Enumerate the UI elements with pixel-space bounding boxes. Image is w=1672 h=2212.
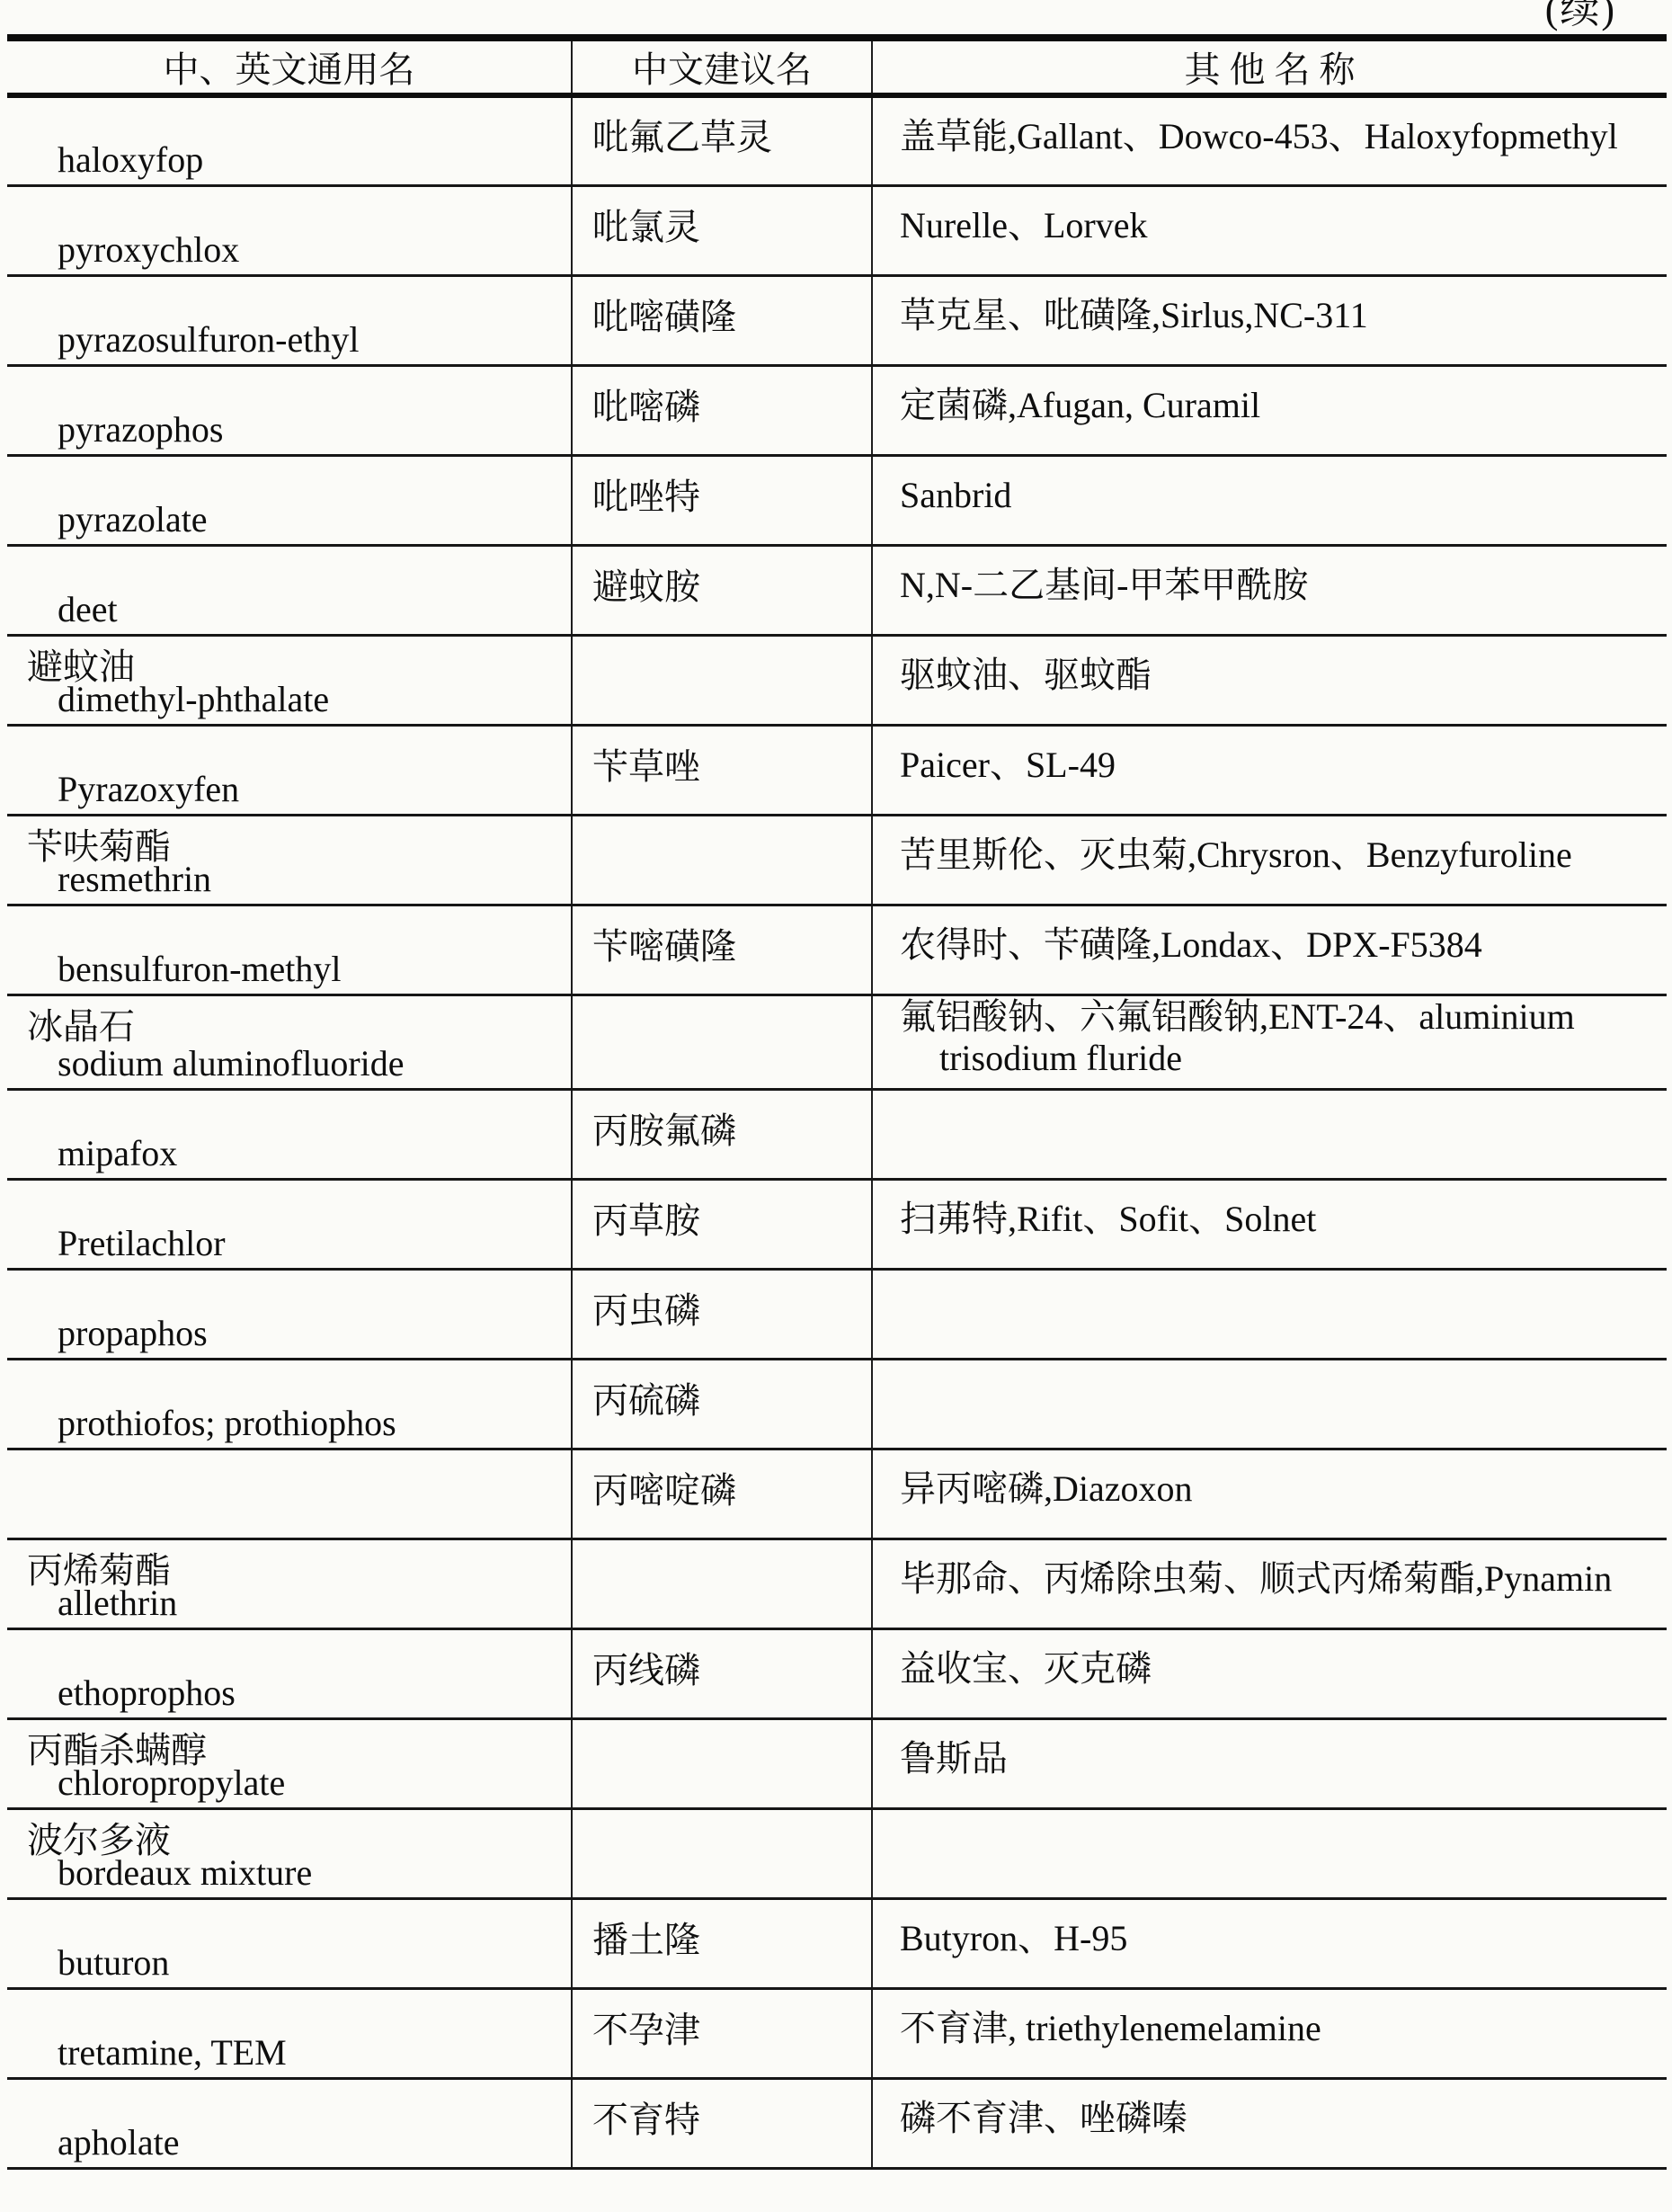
cell-suggested-name: 不孕津 — [572, 1988, 872, 2078]
other-names-line1: 不育津, triethylenemelamine — [900, 2008, 1321, 2048]
common-name-english: apholate — [58, 2121, 180, 2163]
common-name-english: haloxyfop — [58, 138, 203, 181]
col-header-suggested-name: 中文建议名 — [572, 38, 872, 95]
common-name-english: deet — [58, 588, 118, 630]
cell-suggested-name — [572, 1718, 872, 1808]
cell-other-names: 定菌磷,Afugan, Curamil — [872, 365, 1667, 455]
continued-marker: (续) — [1545, 0, 1616, 34]
cell-other-names: 草克星、吡磺隆,Sirlus,NC-311 — [872, 275, 1667, 365]
other-names-line1: 异丙嘧磷,Diazoxon — [900, 1468, 1193, 1509]
col-header-common-name: 中、英文通用名 — [7, 38, 572, 95]
cell-other-names — [872, 1269, 1667, 1359]
table-row: pyroxychlox 吡氯灵 Nurelle、Lorvek — [7, 185, 1667, 275]
table-row: 丙酯杀螨醇 chloropropylate 鲁斯品 — [7, 1718, 1667, 1808]
common-name-english: dimethyl-phthalate — [58, 678, 329, 720]
cell-common-name: 丙烯菊酯 allethrin — [7, 1539, 572, 1628]
col-header-other-names: 其 他 名 称 — [872, 38, 1667, 95]
other-names-line2: trisodium fluride — [900, 1038, 1667, 1079]
cell-suggested-name: 避蚊胺 — [572, 545, 872, 635]
cell-common-name: propaphos — [7, 1269, 572, 1359]
table-row: 苄呋菊酯 resmethrin 苦里斯伦、灭虫菊,Chrysron、Benzyf… — [7, 815, 1667, 905]
cell-other-names: 不育津, triethylenemelamine — [872, 1988, 1667, 2078]
cell-common-name: Pretilachlor — [7, 1179, 572, 1269]
cell-suggested-name: 吡嘧磺隆 — [572, 275, 872, 365]
table-row: 丙嘧啶磷 异丙嘧磷,Diazoxon — [7, 1449, 1667, 1539]
common-name-english: sodium aluminofluoride — [58, 1042, 405, 1084]
cell-common-name: pyrazophos — [7, 365, 572, 455]
cell-suggested-name: 丙硫磷 — [572, 1359, 872, 1449]
common-name-english: tretamine, TEM — [58, 2031, 287, 2074]
common-name-english: bensulfuron-methyl — [58, 948, 342, 990]
cell-common-name: deet — [7, 545, 572, 635]
other-names-line1: 毕那命、丙烯除虫菊、顺式丙烯菊酯,Pynamin — [900, 1558, 1612, 1599]
common-name-english: Pyrazoxyfen — [58, 768, 239, 810]
common-name-english: pyrazosulfuron-ethyl — [58, 318, 359, 361]
cell-common-name: 波尔多液 bordeaux mixture — [7, 1808, 572, 1898]
common-name-english: pyrazophos — [58, 408, 223, 450]
cell-other-names — [872, 1359, 1667, 1449]
table-row: 避蚊油 dimethyl-phthalate 驱蚊油、驱蚊酯 — [7, 635, 1667, 725]
other-names-line1: 磷不育津、唑磷嗪 — [900, 2098, 1187, 2138]
cell-common-name: 苄呋菊酯 resmethrin — [7, 815, 572, 905]
cell-other-names: Butyron、H-95 — [872, 1898, 1667, 1988]
cell-suggested-name — [572, 995, 872, 1089]
cell-suggested-name: 苄草唑 — [572, 725, 872, 815]
cell-suggested-name: 丙线磷 — [572, 1628, 872, 1718]
common-name-english: pyrazolate — [58, 498, 208, 540]
table-row: mipafox 丙胺氟磷 — [7, 1089, 1667, 1179]
table-row: 冰晶石 sodium aluminofluoride 氟铝酸钠、六氟铝酸钠,EN… — [7, 995, 1667, 1089]
common-name-english: prothiofos; prothiophos — [58, 1402, 396, 1444]
cell-suggested-name — [572, 635, 872, 725]
cell-other-names: 驱蚊油、驱蚊酯 — [872, 635, 1667, 725]
cell-other-names: Nurelle、Lorvek — [872, 185, 1667, 275]
table-body: haloxyfop 吡氟乙草灵 盖草能,Gallant、Dowco-453、Ha… — [7, 95, 1667, 2168]
other-names-line1: 扫茀特,Rifit、Sofit、Solnet — [900, 1199, 1316, 1239]
table-row: pyrazosulfuron-ethyl 吡嘧磺隆 草克星、吡磺隆,Sirlus… — [7, 275, 1667, 365]
table-row: Pyrazoxyfen 苄草唑 Paicer、SL-49 — [7, 725, 1667, 815]
cell-common-name: mipafox — [7, 1089, 572, 1179]
cell-suggested-name: 丙嘧啶磷 — [572, 1449, 872, 1539]
cell-common-name: 丙酯杀螨醇 chloropropylate — [7, 1718, 572, 1808]
cell-common-name: apholate — [7, 2078, 572, 2168]
cell-suggested-name: 吡唑特 — [572, 455, 872, 545]
cell-common-name: tretamine, TEM — [7, 1988, 572, 2078]
cell-suggested-name: 丙胺氟磷 — [572, 1089, 872, 1179]
table-row: apholate 不育特 磷不育津、唑磷嗪 — [7, 2078, 1667, 2168]
cell-other-names: 异丙嘧磷,Diazoxon — [872, 1449, 1667, 1539]
cell-other-names — [872, 1089, 1667, 1179]
other-names-line1: 苦里斯伦、灭虫菊,Chrysron、Benzyfuroline — [900, 834, 1572, 875]
other-names-line1: Paicer、SL-49 — [900, 745, 1116, 785]
common-name-english: allethrin — [58, 1582, 177, 1624]
common-name-english: pyroxychlox — [58, 228, 239, 271]
other-names-line1: 盖草能,Gallant、Dowco-453、Haloxyfopmethyl — [900, 116, 1618, 156]
cell-suggested-name: 丙草胺 — [572, 1179, 872, 1269]
cell-suggested-name — [572, 815, 872, 905]
table-row: 丙烯菊酯 allethrin 毕那命、丙烯除虫菊、顺式丙烯菊酯,Pynamin — [7, 1539, 1667, 1628]
table-row: pyrazophos 吡嘧磷 定菌磷,Afugan, Curamil — [7, 365, 1667, 455]
cell-suggested-name: 播土隆 — [572, 1898, 872, 1988]
cell-other-names — [872, 1808, 1667, 1898]
other-names-line1: Butyron、H-95 — [900, 1918, 1127, 1958]
cell-common-name: Pyrazoxyfen — [7, 725, 572, 815]
common-name-english: resmethrin — [58, 858, 211, 900]
common-name-english: buturon — [58, 1941, 169, 1984]
cell-suggested-name: 不育特 — [572, 2078, 872, 2168]
cell-other-names: 毕那命、丙烯除虫菊、顺式丙烯菊酯,Pynamin — [872, 1539, 1667, 1628]
other-names-line1: 氟铝酸钠、六氟铝酸钠,ENT-24、aluminium — [900, 996, 1575, 1037]
table-row: Pretilachlor 丙草胺 扫茀特,Rifit、Sofit、Solnet — [7, 1179, 1667, 1269]
other-names-line1: 草克星、吡磺隆,Sirlus,NC-311 — [900, 295, 1368, 335]
cell-other-names: 盖草能,Gallant、Dowco-453、Haloxyfopmethyl — [872, 95, 1667, 185]
table-row: haloxyfop 吡氟乙草灵 盖草能,Gallant、Dowco-453、Ha… — [7, 95, 1667, 185]
other-names-line1: 定菌磷,Afugan, Curamil — [900, 385, 1260, 425]
cell-other-names: 磷不育津、唑磷嗪 — [872, 2078, 1667, 2168]
cell-common-name: pyroxychlox — [7, 185, 572, 275]
other-names-line1: 农得时、苄磺隆,Londax、DPX-F5384 — [900, 924, 1482, 965]
cell-suggested-name: 吡氟乙草灵 — [572, 95, 872, 185]
scanned-book-page: { "page": { "continued_marker": "(续)" },… — [0, 0, 1672, 2212]
table-row: deet 避蚊胺 N,N-二乙基间-甲苯甲酰胺 — [7, 545, 1667, 635]
cell-common-name — [7, 1449, 572, 1539]
common-name-english: ethoprophos — [58, 1672, 236, 1714]
cell-other-names: N,N-二乙基间-甲苯甲酰胺 — [872, 545, 1667, 635]
table-row: pyrazolate 吡唑特 Sanbrid — [7, 455, 1667, 545]
table-row: prothiofos; prothiophos 丙硫磷 — [7, 1359, 1667, 1449]
other-names-line1: 益收宝、灭克磷 — [900, 1648, 1152, 1689]
common-name-english: chloropropylate — [58, 1762, 285, 1804]
common-name-english: mipafox — [58, 1132, 177, 1174]
table-header-row: 中、英文通用名 中文建议名 其 他 名 称 — [7, 38, 1667, 95]
cell-other-names: Paicer、SL-49 — [872, 725, 1667, 815]
cell-common-name: pyrazolate — [7, 455, 572, 545]
common-name-english: bordeaux mixture — [58, 1851, 312, 1894]
cell-common-name: bensulfuron-methyl — [7, 905, 572, 995]
cell-other-names: 鲁斯品 — [872, 1718, 1667, 1808]
other-names-line1: Nurelle、Lorvek — [900, 205, 1147, 245]
common-name-english: Pretilachlor — [58, 1222, 226, 1264]
cell-other-names: 农得时、苄磺隆,Londax、DPX-F5384 — [872, 905, 1667, 995]
other-names-line1: 鲁斯品 — [900, 1738, 1008, 1779]
cell-common-name: 避蚊油 dimethyl-phthalate — [7, 635, 572, 725]
cell-common-name: haloxyfop — [7, 95, 572, 185]
cell-common-name: buturon — [7, 1898, 572, 1988]
cell-suggested-name: 丙虫磷 — [572, 1269, 872, 1359]
pesticide-name-table: 中、英文通用名 中文建议名 其 他 名 称 haloxyfop 吡氟乙草灵 盖草… — [7, 34, 1667, 2170]
table-row: buturon 播土隆 Butyron、H-95 — [7, 1898, 1667, 1988]
cell-suggested-name: 苄嘧磺隆 — [572, 905, 872, 995]
cell-common-name: 冰晶石 sodium aluminofluoride — [7, 995, 572, 1089]
cell-other-names: Sanbrid — [872, 455, 1667, 545]
table-row: ethoprophos 丙线磷 益收宝、灭克磷 — [7, 1628, 1667, 1718]
table-row: bensulfuron-methyl 苄嘧磺隆 农得时、苄磺隆,Londax、D… — [7, 905, 1667, 995]
cell-common-name: ethoprophos — [7, 1628, 572, 1718]
other-names-line1: N,N-二乙基间-甲苯甲酰胺 — [900, 565, 1308, 605]
cell-other-names: 苦里斯伦、灭虫菊,Chrysron、Benzyfuroline — [872, 815, 1667, 905]
cell-common-name: pyrazosulfuron-ethyl — [7, 275, 572, 365]
cell-suggested-name — [572, 1539, 872, 1628]
cell-suggested-name — [572, 1808, 872, 1898]
table-row: tretamine, TEM 不孕津 不育津, triethylenemelam… — [7, 1988, 1667, 2078]
other-names-line1: 驱蚊油、驱蚊酯 — [900, 655, 1152, 695]
common-name-english: propaphos — [58, 1312, 208, 1354]
cell-other-names: 益收宝、灭克磷 — [872, 1628, 1667, 1718]
table-row: 波尔多液 bordeaux mixture — [7, 1808, 1667, 1898]
cell-other-names: 扫茀特,Rifit、Sofit、Solnet — [872, 1179, 1667, 1269]
cell-common-name: prothiofos; prothiophos — [7, 1359, 572, 1449]
table-header: 中、英文通用名 中文建议名 其 他 名 称 — [7, 38, 1667, 95]
other-names-line1: Sanbrid — [900, 475, 1011, 515]
cell-other-names: 氟铝酸钠、六氟铝酸钠,ENT-24、aluminium trisodium fl… — [872, 995, 1667, 1089]
cell-suggested-name: 吡氯灵 — [572, 185, 872, 275]
cell-suggested-name: 吡嘧磷 — [572, 365, 872, 455]
table-row: propaphos 丙虫磷 — [7, 1269, 1667, 1359]
